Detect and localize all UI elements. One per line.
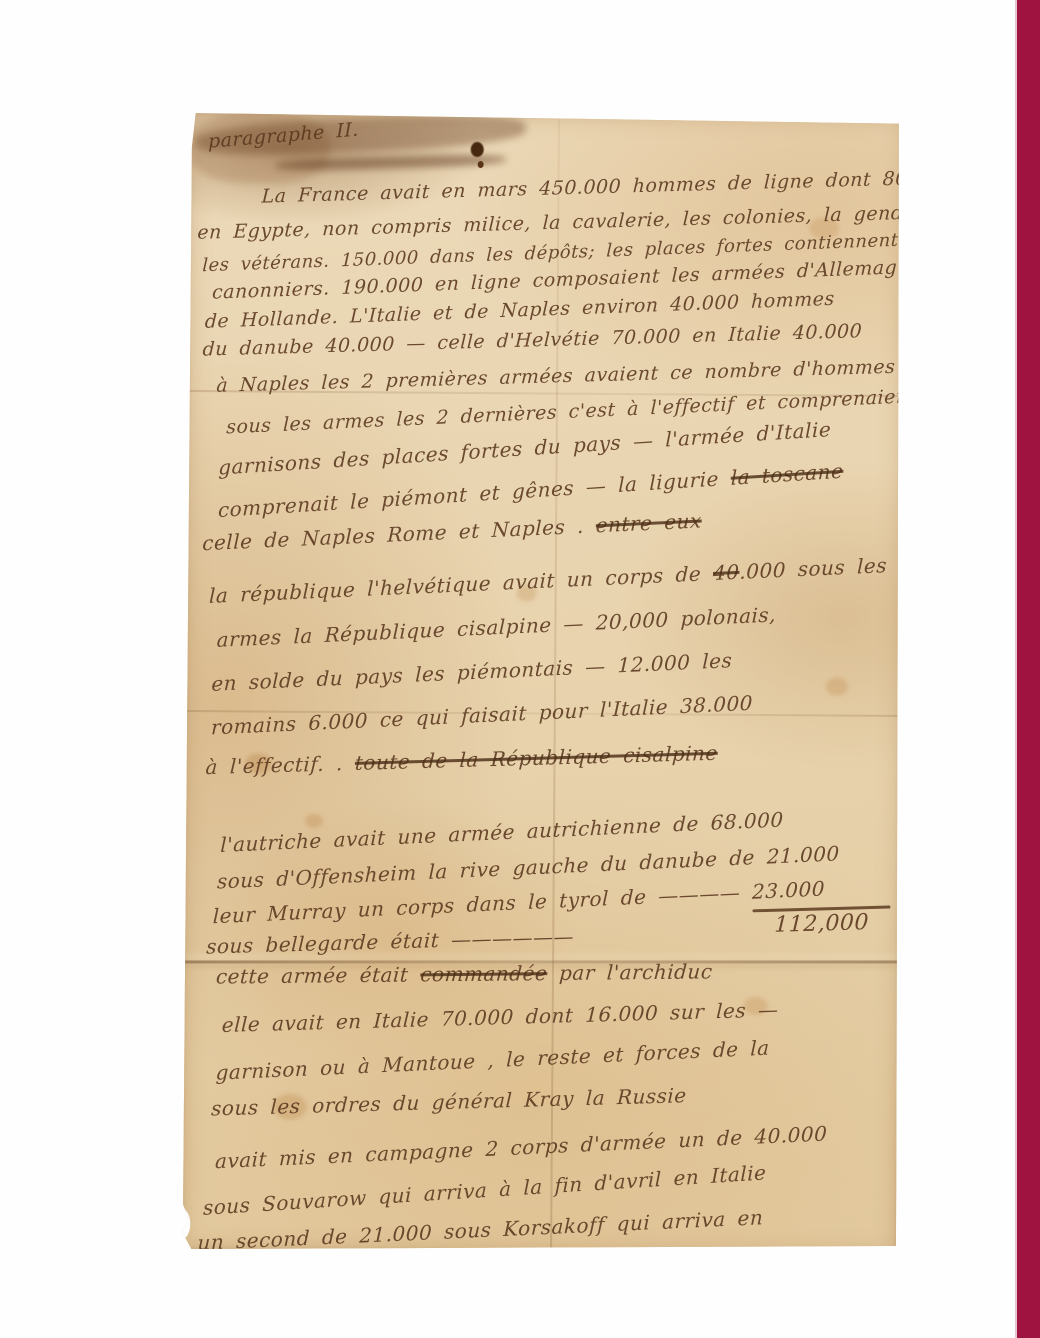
manuscript-line: sous bellegarde était —————— <box>206 926 575 956</box>
struck-text: entre eux <box>596 508 702 537</box>
handwriting-text: armes la République cisalpine — 20,000 p… <box>216 602 776 651</box>
struck-text: la toscane <box>731 459 844 490</box>
page-canvas: paragraphe II.La France avait en mars 45… <box>0 0 1040 1338</box>
manuscript-line: la république l'helvétique avait un corp… <box>209 555 887 606</box>
handwriting-text: La France avait en mars 450.000 hommes d… <box>261 166 952 207</box>
struck-text: toute de la République cisalpine <box>354 741 718 775</box>
manuscript-line: armes la République cisalpine — 20,000 p… <box>216 604 776 649</box>
handwriting-text: la république l'helvétique avait un corp… <box>209 561 714 608</box>
manuscript-line: romains 6.000 ce qui faisait pour l'Ital… <box>211 693 753 738</box>
manuscript-paper: paragraphe II.La France avait en mars 45… <box>182 113 904 1254</box>
manuscript-line: elle avait en Italie 70.000 dont 16.000 … <box>221 999 779 1035</box>
manuscript-line: en solde du pays les piémontais — 12.000… <box>211 650 732 694</box>
manuscript-heading: paragraphe II. <box>208 121 359 152</box>
manuscript-line: La France avait en mars 450.000 hommes d… <box>261 168 952 206</box>
manuscript-line: cette armée était commandée par l'archid… <box>215 961 713 986</box>
handwriting-text: à l'effectif. . <box>205 751 355 779</box>
handwriting-text: par l'archiduc <box>547 959 714 985</box>
handwriting-text: 112,000 <box>774 910 869 938</box>
handwriting-text: sous les ordres du général Kray la Russi… <box>211 1083 688 1120</box>
handwriting-text: romains 6.000 ce qui faisait pour l'Ital… <box>211 691 753 740</box>
handwriting-text: garnison ou à Mantoue , le reste et forc… <box>215 1036 770 1085</box>
struck-text: 40 <box>713 560 740 585</box>
manuscript-line: à l'effectif. . toute de la République c… <box>205 743 718 777</box>
total-value: 112,000 <box>774 912 869 937</box>
handwriting-text: cette armée était <box>215 962 421 988</box>
struck-text: commandée <box>420 961 548 986</box>
handwriting-text: elle avait en Italie 70.000 dont 16.000 … <box>221 997 779 1037</box>
handwriting-text: sous bellegarde était —————— <box>206 924 575 958</box>
handwriting-layer: paragraphe II.La France avait en mars 45… <box>182 113 904 1254</box>
handwriting-text: celle de Naples Rome et Naples . <box>202 513 596 555</box>
handwriting-text: .000 sous les <box>739 553 887 584</box>
accent-bar <box>1015 0 1040 1338</box>
handwriting-text: en solde du pays les piémontais — 12.000… <box>211 648 732 696</box>
manuscript-line: sous les ordres du général Kray la Russi… <box>211 1085 687 1118</box>
handwriting-text: paragraphe II. <box>208 119 359 153</box>
manuscript-line: garnison ou à Mantoue , le reste et forc… <box>215 1038 769 1083</box>
